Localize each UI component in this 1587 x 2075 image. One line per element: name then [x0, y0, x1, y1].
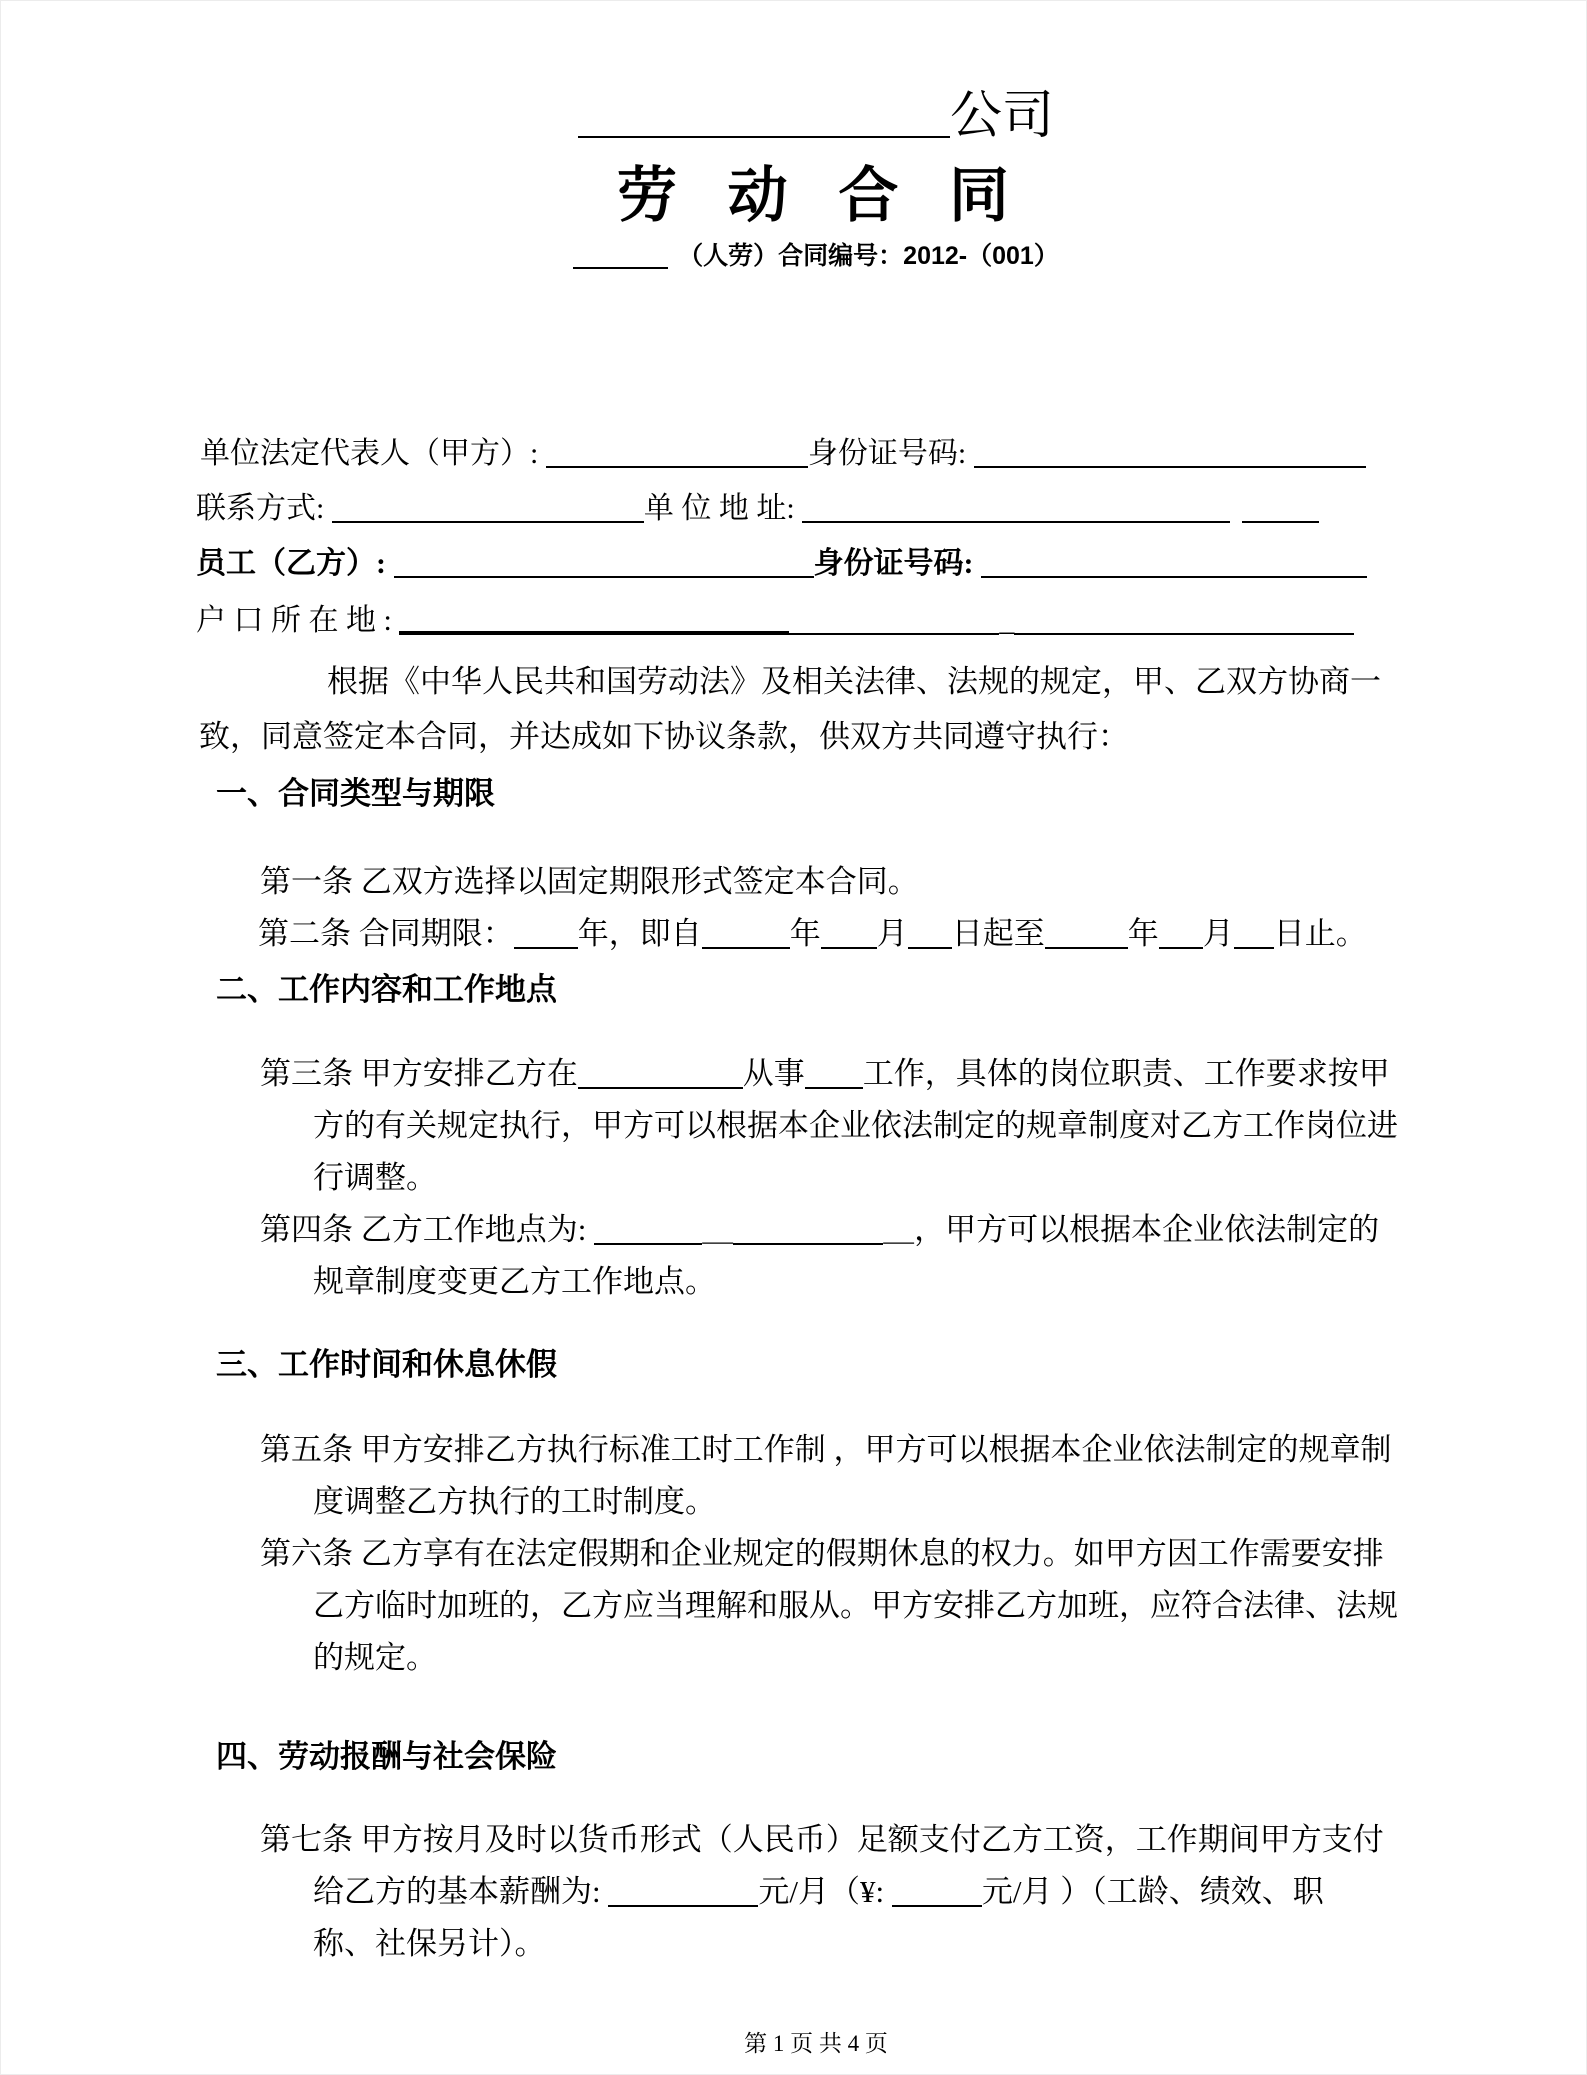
doc-title: 劳 动 合 同 [196, 158, 1436, 233]
article-6-line-2: 乙方临时加班的，乙方应当理解和服从。甲方安排乙方加班，应符合法律、法规 [313, 1587, 1398, 1626]
article-3-line-1: 第三条 甲方安排乙方在从事工作，具体的岗位职责、工作要求按甲 [260, 1055, 1390, 1094]
blank-field [789, 606, 999, 635]
text-segment: 日起至 [952, 916, 1045, 951]
blank-field [974, 439, 1366, 468]
text-segment: 第六条 乙方享有在法定假期和企业规定的假期休息的权力。如甲方因工作需要安排 [260, 1536, 1384, 1571]
text-segment: 户 口 所 在 地 : [196, 604, 399, 637]
blank-field [981, 549, 1367, 578]
text-segment: ＿ [883, 1212, 914, 1247]
text-segment: 单 位 地 址: [644, 492, 802, 525]
text-segment: 第一条 乙双方选择以固定期限形式签定本合同。 [260, 864, 919, 899]
article-1: 第一条 乙双方选择以固定期限形式签定本合同。 [260, 863, 919, 902]
article-5-line-2: 度调整乙方执行的工时制度。 [313, 1483, 716, 1522]
spacer [1230, 491, 1242, 518]
article-7-line-1: 第七条 甲方按月及时以货币形式（人民币）足额支付乙方工资，工作期间甲方支付 [260, 1821, 1384, 1860]
page-footer: 第 1 页 共 4 页 [196, 2030, 1436, 2059]
text-segment: 行调整。 [313, 1160, 437, 1195]
text-segment: 日止。 [1274, 916, 1367, 951]
text-segment: 元/月 ）（工龄、绩效、职 [982, 1874, 1324, 1909]
article-5-line-1: 第五条 甲方安排乙方执行标准工时工作制 ，甲方可以根据本企业依法制定的规章制 [260, 1431, 1392, 1470]
text-segment: ＿ [702, 1212, 733, 1247]
text-segment: 年，即自 [578, 916, 702, 951]
blank-field [702, 919, 790, 949]
text-segment: 根据《中华人民共和国劳动法》及相关法律、法规的规定，甲、乙双方协商一 [327, 664, 1381, 699]
blank-field [514, 919, 578, 949]
text-segment: 月 [877, 916, 908, 951]
preamble-line-2: 致，同意签定本合同，并达成如下协议条款，供双方共同遵守执行： [199, 718, 1129, 757]
text-segment: 称、社保另计）。 [313, 1926, 546, 1961]
blank-field [1234, 919, 1274, 949]
section-3-heading: 三、工作时间和休息休假 [216, 1346, 557, 1385]
text-segment: 身份证号码: [814, 547, 982, 580]
contact-line: 联系方式: 单 位 地 址: [196, 490, 1319, 528]
text-segment: ，甲方可以根据本企业依法制定的 [914, 1212, 1379, 1247]
blank-field-thick [399, 604, 789, 635]
text-segment: 月 [1203, 916, 1234, 951]
text-segment: 第 1 页 共 4 页 [744, 2031, 888, 2056]
blank-field [578, 1059, 743, 1089]
blank-field [908, 919, 952, 949]
article-4-line-2: 规章制度变更乙方工作地点。 [313, 1263, 716, 1302]
blank-field [1014, 606, 1354, 635]
spacer [668, 242, 678, 265]
text-segment: 联系方式: [196, 492, 332, 525]
text-segment: 从事 [743, 1056, 805, 1091]
text-segment: 身份证号码: [808, 437, 974, 470]
text-segment: 方的有关规定执行，甲方可以根据本企业依法制定的规章制度对乙方工作岗位进 [313, 1108, 1398, 1143]
blank-field [573, 245, 668, 270]
company-name-line: 公司 [196, 84, 1436, 149]
legal-rep-line: 单位法定代表人（甲方）: 身份证号码: [200, 435, 1366, 473]
article-3-line-2: 方的有关规定执行，甲方可以根据本企业依法制定的规章制度对乙方工作岗位进 [313, 1107, 1398, 1146]
blank-field [578, 89, 950, 138]
text-segment: 规章制度变更乙方工作地点。 [313, 1264, 716, 1299]
article-3-line-3: 行调整。 [313, 1159, 437, 1198]
article-6-line-1: 第六条 乙方享有在法定假期和企业规定的假期休息的权力。如甲方因工作需要安排 [260, 1535, 1384, 1574]
blank-field [821, 919, 877, 949]
text-segment: 一、合同类型与期限 [216, 776, 495, 811]
employee-line: 员工（乙方）: 身份证号码: [196, 545, 1367, 583]
blank-field [733, 1215, 883, 1245]
text-segment: 致，同意签定本合同，并达成如下协议条款，供双方共同遵守执行： [199, 719, 1129, 754]
text-segment: 公司 [950, 88, 1054, 145]
text-segment: （人劳）合同编号：2012-（001） [678, 242, 1059, 270]
blank-field [608, 1877, 758, 1907]
text-segment: 给乙方的基本薪酬为: [313, 1874, 608, 1909]
text-segment: 二、工作内容和工作地点 [216, 972, 557, 1007]
blank-field [594, 1215, 702, 1245]
blank-field [1159, 919, 1203, 949]
text-segment: 第四条 乙方工作地点为: [260, 1212, 594, 1247]
text-segment: 三、工作时间和休息休假 [216, 1347, 557, 1382]
text-segment: 元/月（¥: [758, 1874, 891, 1909]
text-segment: 第二条 合同期限： [258, 916, 514, 951]
contract-page: 公司劳 动 合 同（人劳）合同编号：2012-（001）单位法定代表人（甲方）:… [0, 0, 1587, 2075]
article-6-line-3: 的规定。 [313, 1639, 437, 1678]
text-segment: 乙方临时加班的，乙方应当理解和服从。甲方安排乙方加班，应符合法律、法规 [313, 1588, 1398, 1623]
contract-number-line: （人劳）合同编号：2012-（001） [196, 241, 1436, 272]
blank-field [805, 1059, 863, 1089]
blank-field [332, 494, 644, 523]
text-segment: 员工（乙方）: [196, 547, 394, 580]
text-segment: 年 [1128, 916, 1159, 951]
text-segment: 第七条 甲方按月及时以货币形式（人民币）足额支付乙方工资，工作期间甲方支付 [260, 1822, 1384, 1857]
blank-field [802, 494, 1230, 523]
text-segment: 第五条 甲方安排乙方执行标准工时工作制 ，甲方可以根据本企业依法制定的规章制 [260, 1432, 1392, 1467]
article-7-line-3: 称、社保另计）。 [313, 1925, 546, 1964]
blank-field [546, 439, 808, 468]
text-segment: 第三条 甲方安排乙方在 [260, 1056, 578, 1091]
blank-field [1045, 919, 1128, 949]
text-segment: 劳 动 合 同 [617, 162, 1015, 229]
article-4-line-1: 第四条 乙方工作地点为: ＿＿，甲方可以根据本企业依法制定的 [260, 1211, 1379, 1250]
blank-field [394, 549, 814, 578]
household-line: 户 口 所 在 地 : _ [196, 602, 1354, 640]
text-segment: 的规定。 [313, 1640, 437, 1675]
text-segment: 年 [790, 916, 821, 951]
text-segment: 度调整乙方执行的工时制度。 [313, 1484, 716, 1519]
section-4-heading: 四、劳动报酬与社会保险 [216, 1738, 557, 1777]
blank-field [892, 1877, 982, 1907]
preamble-line-1: 根据《中华人民共和国劳动法》及相关法律、法规的规定，甲、乙双方协商一 [327, 663, 1381, 702]
article-7-line-2: 给乙方的基本薪酬为: 元/月（¥: 元/月 ）（工龄、绩效、职 [313, 1873, 1324, 1912]
blank-field [1242, 494, 1319, 523]
section-1-heading: 一、合同类型与期限 [216, 775, 495, 814]
text-segment: 单位法定代表人（甲方）: [200, 437, 546, 470]
article-2: 第二条 合同期限：年，即自年月日起至年月日止。 [258, 915, 1367, 954]
text-segment: 工作，具体的岗位职责、工作要求按甲 [863, 1056, 1390, 1091]
section-2-heading: 二、工作内容和工作地点 [216, 971, 557, 1010]
text-segment: 四、劳动报酬与社会保险 [216, 1739, 557, 1774]
text-segment: _ [999, 604, 1014, 637]
